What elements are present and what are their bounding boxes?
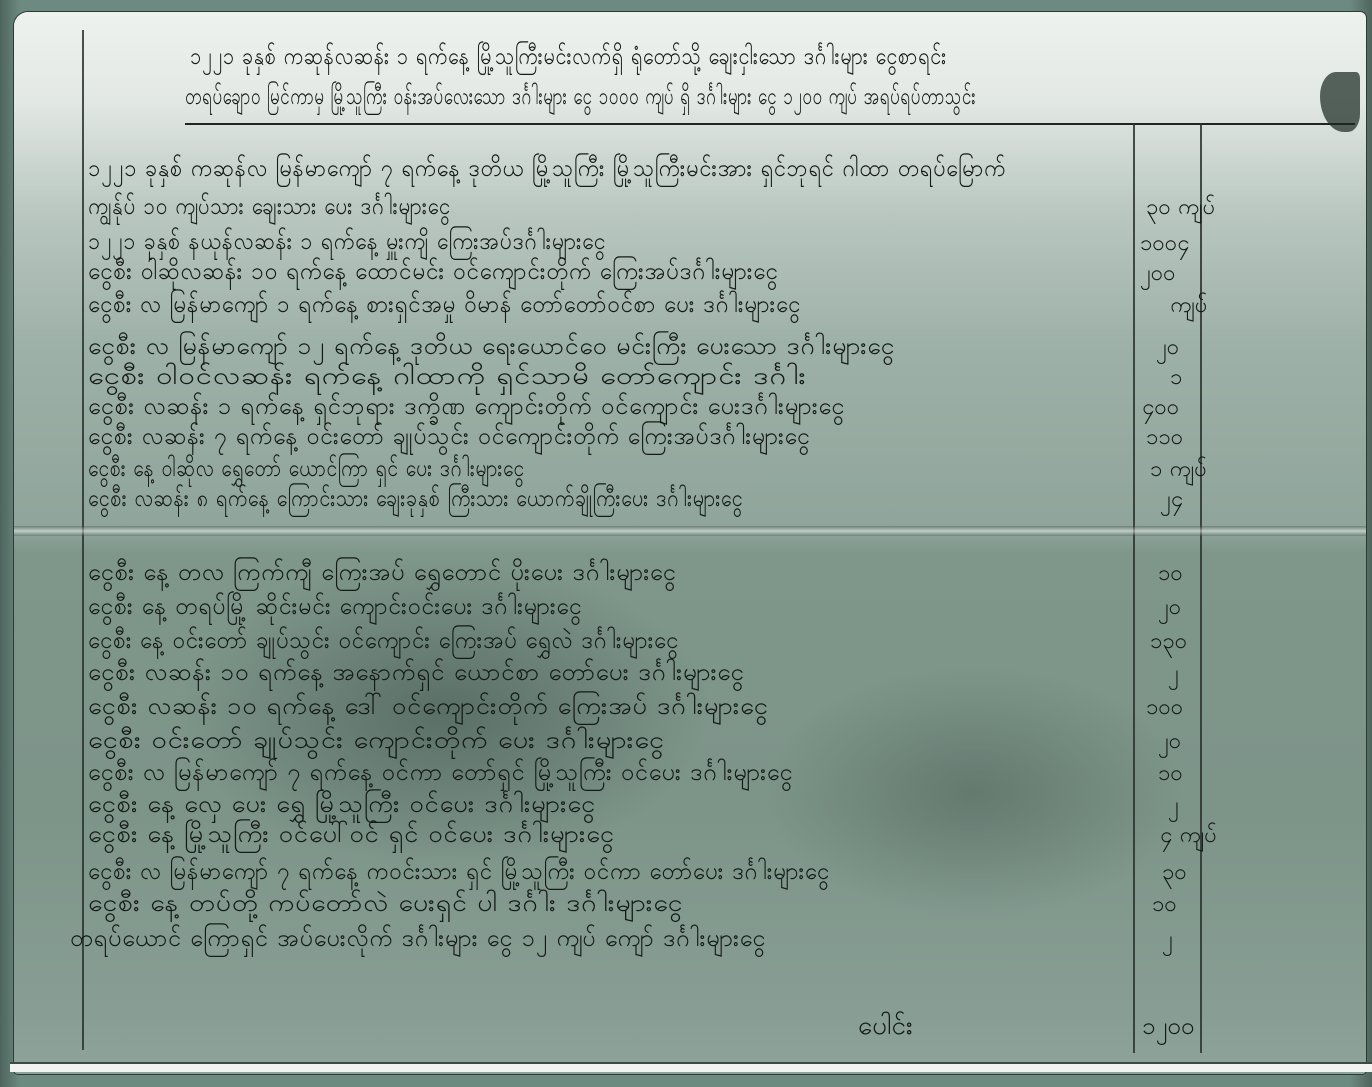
entry-text: ငွေစီး နေ့ တရပ်မြို့ ဆိုင်းမင်း ကျောင်းဝ…: [88, 590, 582, 626]
header-line-1: ၁၂၂၁ ခုနှစ် ကဆုန်လဆန်း ၁ ရက်နေ့ မြို့သူက…: [190, 40, 947, 76]
entry-amount: ၂၀၀: [1140, 258, 1176, 291]
page-fold: [14, 526, 1366, 536]
entry-text: ၁၂၂၁ ခုနှစ် ကဆုန်လ မြန်မာကျော် ၇ ရက်နေ့ …: [88, 152, 1006, 188]
entry-text: ငွေစီး ဝါဆိုလဆန်း ၁၀ ရက်နေ့ ထောင်မင်း ဝင…: [88, 255, 779, 291]
entry-amount: ၁၁၀: [1146, 422, 1183, 455]
entry-amount: ၁၀: [1158, 758, 1183, 791]
entry-amount: ၁၀၀: [1146, 692, 1183, 725]
header-line-2: တရပ်ချော၀ မြင်ကာမှ မြို့သူကြီး ဝန်းအပ်လေ…: [185, 80, 976, 116]
entry-amount: ၁: [1170, 362, 1182, 395]
entry-text: ငွေစီး လ မြန်မာကျော် ၇ ရက်နေ့ ဝင်ကာ တော်…: [88, 756, 793, 792]
page-bottom-edge: [10, 1062, 1372, 1072]
entry-amount: ၃၀: [1162, 857, 1187, 890]
entry-text: ငွေစီး နေ့ ဝင်းတော် ချုပ်သွင်း ဝင်ကျောင်…: [88, 624, 679, 660]
entry-amount: ၂၀: [1156, 332, 1179, 365]
entry-amount: ၂၄: [1160, 484, 1183, 517]
left-margin-rule: [82, 30, 84, 1050]
entry-text: ငွေစီး နေ့ တပ်တို့ ကပ်တော်လဲ ပေးရှင် ပါ …: [88, 887, 683, 923]
entry-amount: ၄ ကျပ်: [1160, 820, 1216, 853]
entry-amount: ၂: [1168, 658, 1179, 691]
entry-amount: ၂: [1162, 924, 1173, 957]
entry-amount: ၁၀: [1158, 558, 1183, 591]
entry-text: ငွေစီး ဝင်းတော် ချုပ်သွင်း ကျောင်းတိုက် …: [88, 724, 665, 760]
entry-text: ငွေစီး နေ့ တလ ကြက်ကျီ ကြေးအပ် ရွှေတောင် …: [88, 556, 677, 592]
entry-text: ငွေစီး လဆန်း ၁၀ ရက်နေ့ အနောက်ရှင် ယောင်စ…: [88, 656, 745, 692]
entry-text: တရပ်ယောင် ကြောရှင် အပ်ပေးလိုက် ဒင်္ဂါးမျ…: [70, 922, 766, 958]
entry-text: ငွေစီး လ မြန်မာကျော် ၁ ရက်နေ့ စားရှင်အမှ…: [88, 288, 801, 324]
entry-amount: ၃၀ ကျပ်: [1146, 192, 1215, 225]
amount-column-right-rule: [1200, 123, 1202, 1053]
entry-text: ငွေစီး လဆန်း ၁၀ ရက်နေ့ ဒေါ် ဝင်ကျောင်းတိ…: [88, 690, 769, 726]
entry-amount: ကျပ်: [1170, 290, 1207, 323]
entry-amount: ၂: [1168, 790, 1179, 823]
entry-amount: ၂၀: [1158, 726, 1181, 759]
entry-amount: ၁၀၀၄: [1140, 228, 1190, 261]
entry-amount: ၁၃၀: [1150, 626, 1187, 659]
entry-text: ငွေစီး လ မြန်မာကျော် ၇ ရက်နေ့ ကဝင်းသား ရ…: [88, 855, 830, 891]
amount-column-left-rule: [1133, 123, 1135, 1053]
header-rule: [185, 123, 1355, 125]
entry-text: ငွေစီး နေ့ မြို့သူကြီး ဝင်ပေါ်ဝင် ရှင် ဝ…: [88, 818, 615, 854]
entry-amount: ၄၀၀: [1142, 392, 1179, 425]
entry-amount: ၁၀: [1152, 889, 1177, 922]
total-label: ပေါင်း: [858, 1008, 912, 1047]
entry-text: ကျွန်ုပ် ၁၀ ကျပ်သား ချေးသား ပေး ဒင်္ဂါးမ…: [88, 190, 451, 226]
total-amount: ၁၂၀၀: [1142, 1010, 1194, 1046]
entry-text: ငွေစီး လဆန်း ၇ ရက်နေ့ ဝင်းတော် ချုပ်သွင်…: [88, 420, 811, 456]
entry-text: ငွေစီး လဆန်း ၈ ရက်နေ့ ကြောင်းသား ချေးခုန…: [88, 482, 743, 518]
entry-amount: ၁ ကျပ်: [1150, 454, 1206, 487]
entry-amount: ၂၀: [1158, 592, 1181, 625]
